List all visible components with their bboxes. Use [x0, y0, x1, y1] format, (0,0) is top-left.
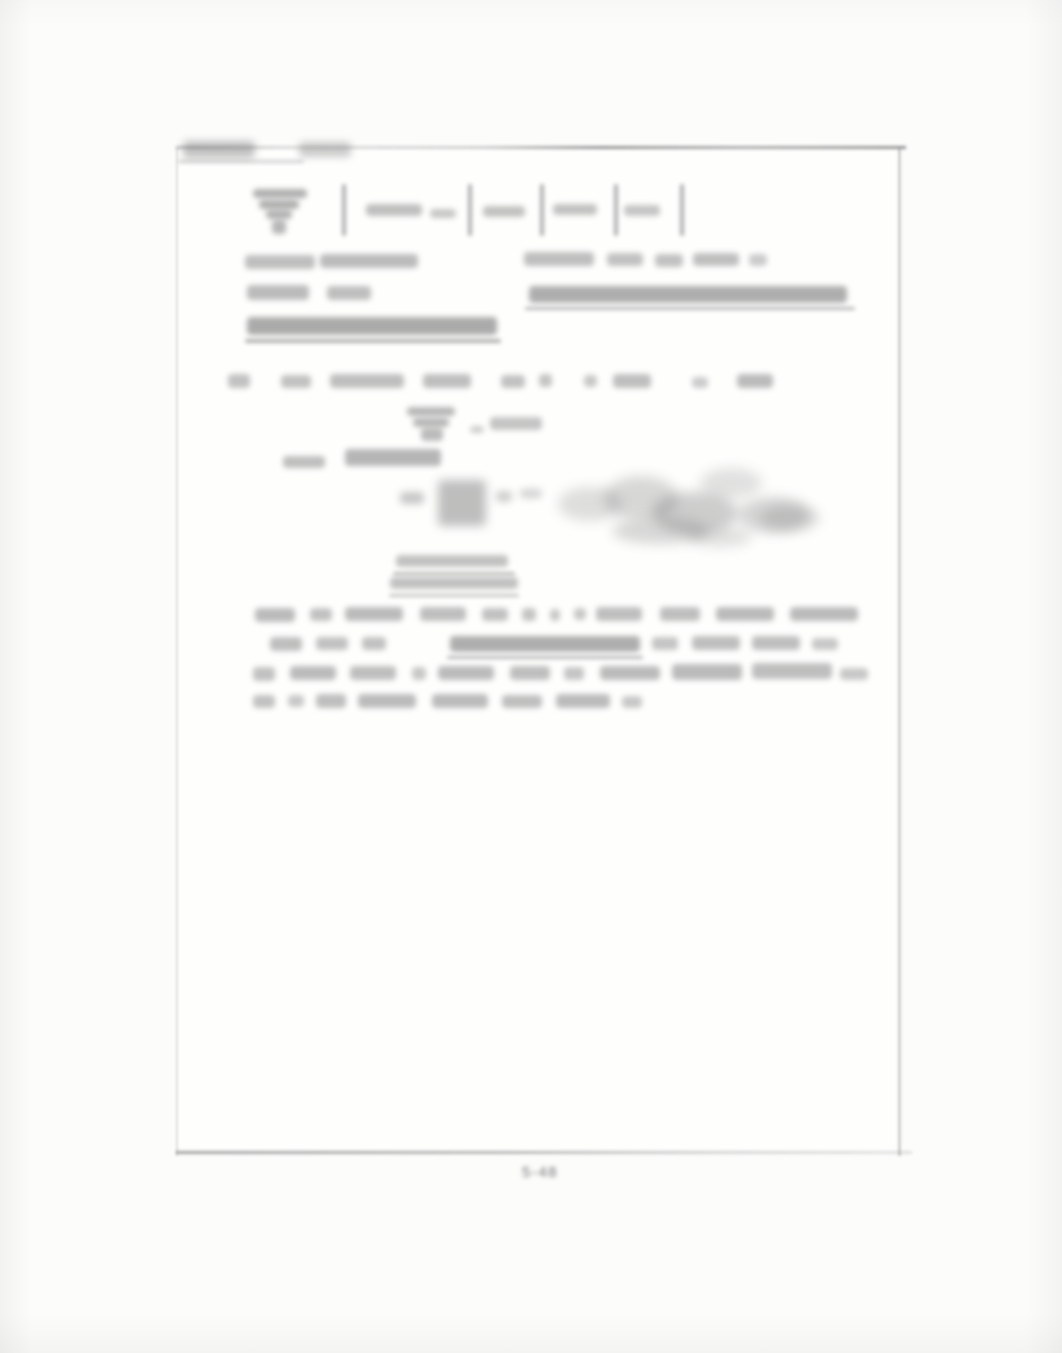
line-b-ink: [737, 374, 773, 388]
paragraph-1-ink: [247, 285, 309, 300]
paragraph-2-ink: [345, 607, 403, 621]
paragraph-2-ink: [522, 608, 536, 621]
paragraph-2-ink: [447, 656, 643, 659]
line-b-ink: [539, 374, 552, 387]
paragraph-2-ink: [350, 666, 396, 680]
fraction-block-ink: [390, 577, 518, 589]
formula-row-ink: [266, 210, 292, 219]
paragraph-2-ink: [622, 696, 642, 708]
fraction-block-ink: [389, 594, 519, 597]
line-b-ink: [281, 375, 311, 388]
paragraph-2-ink: [596, 607, 642, 621]
formula-row-ink: [430, 209, 456, 218]
connector-phrase-ink: [283, 456, 325, 468]
paragraph-2-ink: [752, 636, 800, 650]
paragraph-2-ink: [316, 694, 346, 708]
paragraph-2-ink: [574, 608, 586, 620]
paragraph-2-ink: [564, 667, 584, 680]
paragraph-2-ink: [253, 667, 275, 681]
paragraph-2-ink: [652, 637, 678, 650]
paragraph-1-ink: [327, 286, 371, 300]
paragraph-2-ink: [253, 695, 275, 708]
paragraph-2-ink: [412, 667, 426, 680]
header-label-ink: [183, 141, 255, 158]
formula-row-ink: [680, 184, 684, 236]
fraction-block-ink: [396, 555, 508, 567]
paragraph-2-ink: [450, 636, 640, 652]
mid-fraction-ink: [413, 418, 449, 427]
paragraph-2-ink: [600, 666, 660, 680]
mid-fraction-ink: [421, 428, 443, 441]
paragraph-2-ink: [310, 608, 332, 621]
paragraph-2-ink: [510, 666, 550, 680]
mid-fraction-ink: [407, 407, 455, 416]
formula-row-ink: [614, 184, 618, 236]
paragraph-2-ink: [290, 666, 336, 680]
paragraph-1-ink: [529, 286, 847, 303]
mid-fraction-ink: [470, 426, 484, 433]
paragraph-2-ink: [432, 694, 488, 708]
equation-ink: [438, 480, 486, 526]
line-b-ink: [228, 374, 250, 388]
header-label-ink: [299, 142, 351, 157]
paragraph-2-ink: [255, 608, 295, 622]
paragraph-2-ink: [482, 608, 508, 621]
fraction-block-ink: [393, 572, 515, 575]
equation-ink: [520, 489, 542, 498]
paragraph-2-ink: [692, 636, 740, 650]
paragraph-2-ink: [502, 695, 542, 708]
paragraph-1-ink: [245, 339, 501, 343]
paragraph-2-ink: [358, 694, 416, 708]
line-b-ink: [501, 375, 525, 388]
formula-row-ink: [253, 189, 307, 198]
paragraph-1-ink: [247, 317, 497, 335]
paragraph-2-ink: [438, 666, 494, 680]
paragraph-1-ink: [607, 253, 643, 266]
connector-phrase-ink: [345, 449, 441, 466]
formula-row-ink: [366, 204, 422, 216]
paragraph-2-ink: [672, 664, 742, 680]
paragraph-2-ink: [288, 695, 304, 707]
paragraph-2-ink: [812, 638, 838, 650]
line-b-ink: [613, 374, 651, 388]
paragraph-2-ink: [790, 607, 858, 621]
paragraph-2-ink: [840, 668, 868, 680]
paragraph-2-ink: [716, 607, 774, 621]
paragraph-2-ink: [270, 637, 302, 651]
equation-ink: [400, 492, 424, 504]
ink-layer: [0, 0, 1062, 1353]
equation-ink: [700, 468, 762, 498]
paragraph-2-ink: [316, 637, 348, 650]
formula-row-ink: [342, 184, 346, 236]
paragraph-1-ink: [525, 307, 855, 310]
formula-row-ink: [483, 206, 525, 217]
scanned-document-page: 5-48: [0, 0, 1062, 1353]
equation-ink: [496, 491, 512, 502]
line-b-ink: [584, 375, 597, 387]
formula-row-ink: [259, 200, 299, 209]
paragraph-1-ink: [245, 255, 315, 269]
equation-ink: [688, 527, 752, 547]
page-number: 5-48: [522, 1164, 558, 1181]
paragraph-2-ink: [550, 609, 560, 621]
paragraph-1-ink: [655, 254, 683, 267]
paragraph-1-ink: [693, 253, 739, 266]
paragraph-2-ink: [660, 607, 700, 621]
formula-row-ink: [540, 184, 544, 236]
line-b-ink: [423, 374, 471, 388]
paragraph-2-ink: [362, 637, 386, 650]
formula-row-ink: [553, 204, 597, 215]
formula-row-ink: [624, 205, 660, 216]
header-label-ink: [178, 160, 304, 163]
paragraph-2-ink: [420, 607, 466, 621]
line-b-ink: [692, 377, 708, 388]
paragraph-1-ink: [524, 252, 594, 266]
paragraph-1-ink: [320, 254, 418, 268]
paragraph-1-ink: [749, 254, 767, 266]
paragraph-2-ink: [556, 694, 610, 708]
mid-fraction-ink: [490, 417, 542, 430]
formula-row-ink: [468, 184, 472, 236]
equation-ink: [760, 505, 820, 531]
paragraph-2-ink: [752, 663, 832, 679]
formula-row-ink: [272, 220, 286, 234]
line-b-ink: [330, 374, 404, 388]
